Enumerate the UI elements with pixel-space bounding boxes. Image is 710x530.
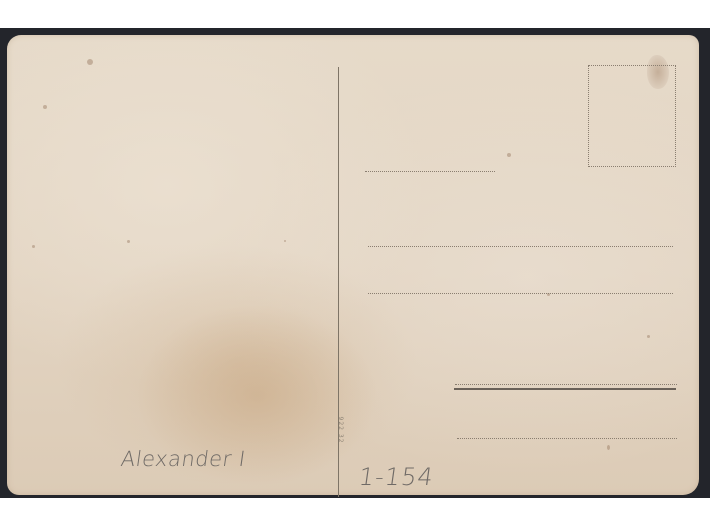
print-code: 922 32 [333, 415, 347, 445]
handwritten-catalog-number: 1-154 [357, 463, 436, 491]
speck [607, 445, 610, 450]
speck [32, 245, 35, 248]
speck [284, 240, 286, 242]
address-line-3 [368, 293, 673, 294]
speck [507, 153, 511, 157]
speck [127, 240, 130, 243]
stamp-box [588, 65, 676, 167]
address-line-5 [457, 438, 677, 439]
address-line-4 [454, 388, 676, 390]
address-line-4-dots [455, 384, 677, 385]
speck [87, 59, 93, 65]
speck [43, 105, 47, 109]
address-line-1 [365, 171, 495, 172]
postcard-back: 922 32 Alexander I 1-154 [7, 35, 699, 495]
address-line-2 [368, 246, 673, 247]
handwritten-name: Alexander I [119, 447, 247, 471]
speck [647, 335, 650, 338]
